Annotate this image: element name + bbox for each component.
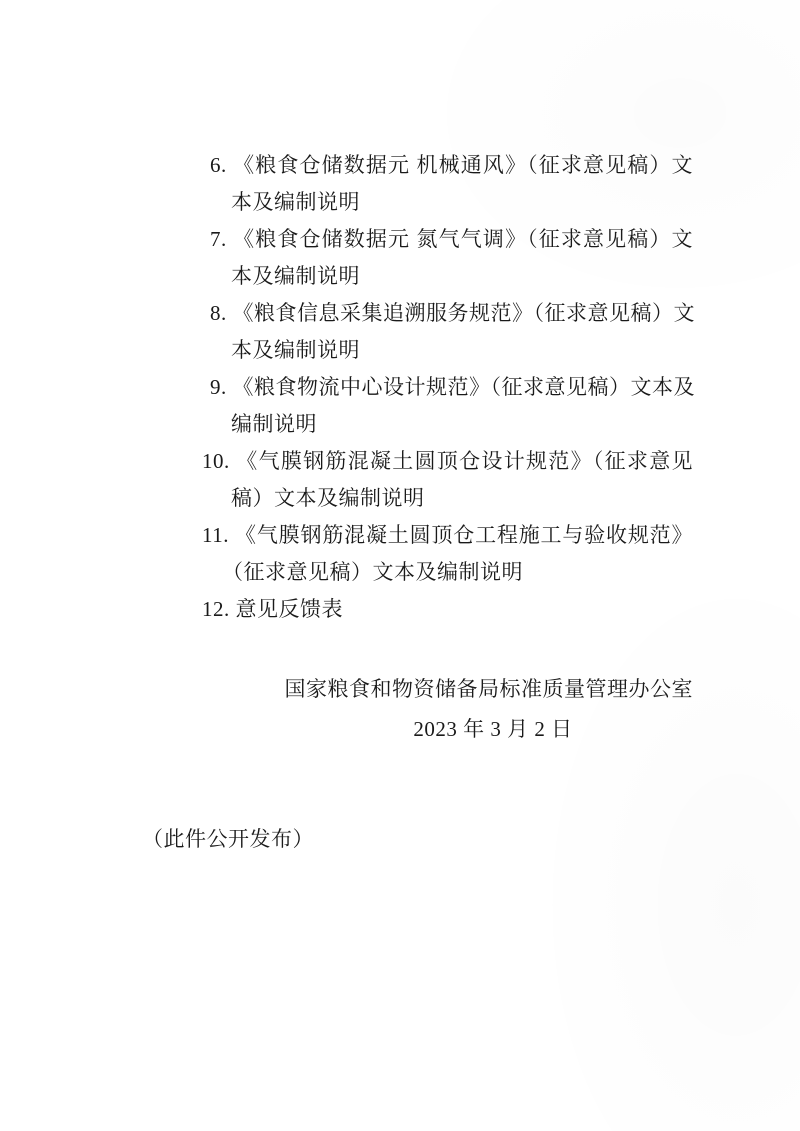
item-6-line-1: 6. 《粮食仓储数据元 机械通风》（征求意见稿）文 — [210, 147, 693, 184]
item-10-line-2: 稿）文本及编制说明 — [231, 480, 800, 517]
item-8-line-2: 本及编制说明 — [231, 332, 800, 369]
item-11-line-2: （征求意见稿）文本及编制说明 — [222, 554, 800, 591]
item-12-line-1: 12. 意见反馈表 — [202, 591, 693, 628]
item-7-line-1: 7. 《粮食仓储数据元 氮气气调》（征求意见稿）文 — [210, 221, 693, 258]
item-7-line-2: 本及编制说明 — [231, 258, 800, 295]
item-6-line-2: 本及编制说明 — [231, 184, 800, 221]
item-9-line-2: 编制说明 — [231, 406, 800, 443]
item-11-line-1: 11. 《气膜钢筋混凝土圆顶仓工程施工与验收规范》 — [202, 517, 693, 554]
public-release-note: （此件公开发布） — [142, 821, 314, 858]
document-page: 6. 《粮食仓储数据元 机械通风》（征求意见稿）文 本及编制说明 7. 《粮食仓… — [0, 0, 800, 1131]
date-line: 2023 年 3 月 2 日 — [293, 711, 693, 748]
signature-line: 国家粮食和物资储备局标准质量管理办公室 — [0, 671, 693, 708]
item-8-line-1: 8. 《粮食信息采集追溯服务规范》（征求意见稿）文 — [210, 295, 693, 332]
numbered-list: 6. 《粮食仓储数据元 机械通风》（征求意见稿）文 本及编制说明 7. 《粮食仓… — [0, 147, 800, 628]
item-10-line-1: 10. 《气膜钢筋混凝土圆顶仓设计规范》（征求意见 — [202, 443, 693, 480]
item-9-line-1: 9. 《粮食物流中心设计规范》（征求意见稿）文本及 — [210, 369, 693, 406]
